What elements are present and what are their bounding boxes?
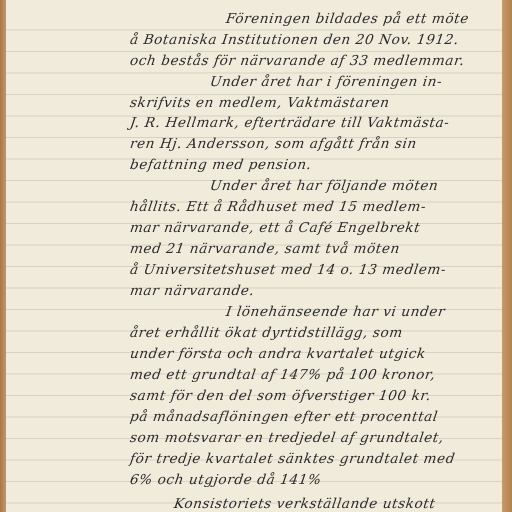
text-line: å Botaniska Institutionen den 20 Nov. 19… [129, 32, 460, 48]
board-edge-right [502, 0, 512, 512]
text-line: befattning med pension. [129, 157, 313, 173]
text-line: mar närvarande, ett å Café Engelbrekt [129, 220, 421, 236]
text-line: på månadsaflöningen efter ett procenttal [129, 409, 439, 425]
text-line: som motsvarar en tredjedel af grundtalet… [129, 430, 445, 446]
text-line: å Universitetshuset med 14 o. 13 medlem- [129, 262, 447, 278]
text-line: Under året har följande möten [209, 178, 440, 194]
text-line: Föreningen bildades på ett möte [225, 11, 470, 27]
text-line: med ett grundtal af 147% på 100 kronor, [129, 367, 437, 383]
text-line: under första och andra kvartalet utgick [129, 346, 427, 362]
text-line: I lönehänseende har vi under [225, 304, 446, 320]
text-line: hållits. Ett å Rådhuset med 15 medlem- [129, 199, 427, 215]
text-line: för tredje kvartalet sänktes grundtalet … [129, 451, 456, 467]
text-line: året erhållit ökat dyrtidstillägg, som [129, 325, 404, 341]
text-line: med 21 närvarande, samt två möten [129, 241, 401, 257]
text-line: samt för den del som öfverstiger 100 kr. [129, 388, 432, 404]
text-line: 6% och utgjorde då 141% [129, 472, 323, 488]
text-line: ren Hj. Andersson, som afgått från sin [129, 136, 418, 152]
text-line: Konsistoriets verkställande utskott [173, 496, 437, 512]
text-line: och bestås för närvarande af 33 medlemma… [129, 53, 466, 69]
manuscript-page: Föreningen bildades på ett möte å Botani… [6, 0, 502, 512]
text-line: mar närvarande. [129, 283, 256, 299]
text-line: skrifvits en medlem, Vaktmästaren [129, 95, 391, 111]
text-line: J. R. Hellmark, efterträdare till Vaktmä… [129, 115, 451, 131]
text-line: Under året har i föreningen in- [209, 74, 444, 90]
